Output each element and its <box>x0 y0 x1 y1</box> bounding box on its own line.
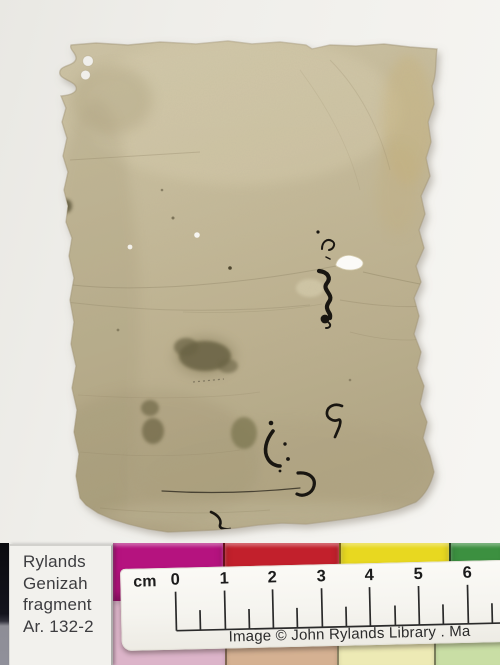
archive-label: Rylands Genizah fragment Ar. 132-2 <box>9 544 113 665</box>
label-line-1: Rylands <box>23 551 111 573</box>
manuscript-fragment-image <box>0 0 500 545</box>
shelfmark: Ar. 132-2 <box>23 616 111 638</box>
label-line-2: Genizah <box>23 573 111 595</box>
label-line-3: fragment <box>23 594 111 616</box>
paper-texture <box>40 35 445 545</box>
photo-stage: Rylands Genizah fragment Ar. 132-2 cm 0 … <box>0 0 500 665</box>
film-edge-strip <box>0 543 9 665</box>
scale-ruler: cm 0 1 2 3 4 5 6 <box>120 560 500 651</box>
